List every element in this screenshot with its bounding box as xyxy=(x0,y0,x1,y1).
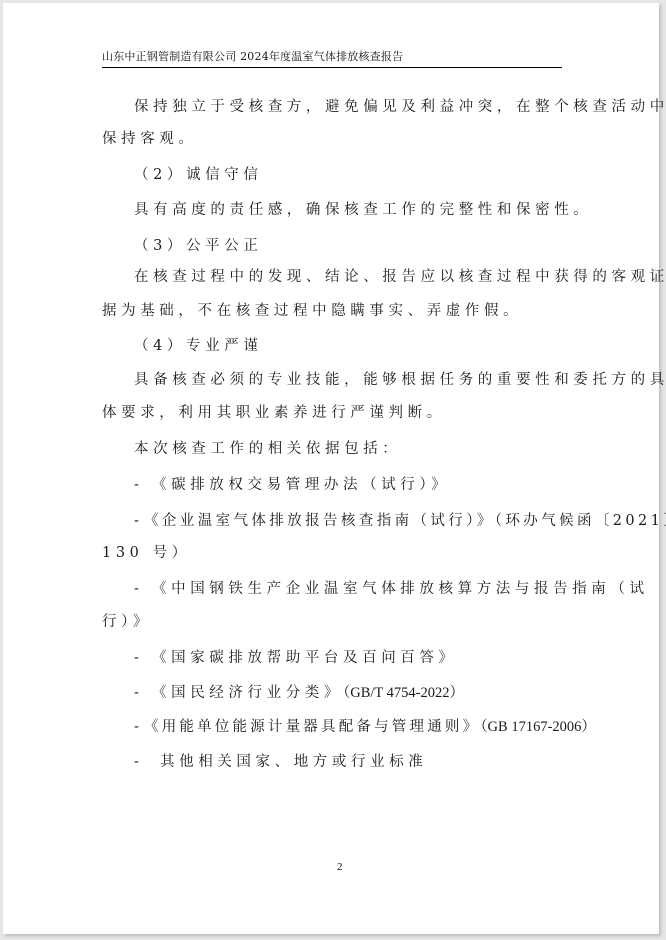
paragraph-professional-line-2: 体要求，利用其职业素养进行严谨判断。 xyxy=(102,403,446,423)
basis-list-item: -《用能单位能源计量器具配备与管理通则》（GB 17167-2006） xyxy=(134,717,596,737)
basis-list-item: -《国家碳排放帮助平台及百问百答》 xyxy=(134,648,458,668)
basis-list-item-continuation: 130 号） xyxy=(102,543,191,563)
basis-list-item: -《中国钢铁生产企业温室气体排放核算方法与报告指南（试 xyxy=(134,579,649,599)
list-dash: - xyxy=(134,511,144,531)
list-item-text: 《国家碳排放帮助平台及百问百答》 xyxy=(152,650,458,666)
document-page: 山东中正钢管制造有限公司 2024年度温室气体排放核查报告 保持独立于受核查方，… xyxy=(3,3,659,934)
list-dash: - xyxy=(134,579,152,599)
basis-list-item: -其他相关国家、地方或行业标准 xyxy=(134,752,427,772)
paragraph-fairness-line-2: 据为基础，不在核查过程中隐瞒事实、弄虚作假。 xyxy=(102,301,522,321)
list-dash: - xyxy=(134,648,152,668)
list-item-text: 《中国钢铁生产企业温室气体排放核算方法与报告指南（试 xyxy=(152,581,649,597)
page-header: 山东中正钢管制造有限公司 2024年度温室气体排放核查报告 xyxy=(102,50,562,68)
paragraph-professional-line-1: 具备核查必须的专业技能，能够根据任务的重要性和委托方的具 xyxy=(134,370,666,390)
paragraph-fairness-line-1: 在核查过程中的发现、结论、报告应以核查过程中获得的客观证 xyxy=(134,267,666,287)
list-dash: - xyxy=(134,683,152,703)
paragraph-objectivity-line-1: 保持独立于受核查方，避免偏见及利益冲突，在整个核查活动中 xyxy=(134,97,666,117)
list-dash: - xyxy=(134,752,160,772)
basis-intro: 本次核查工作的相关依据包括： xyxy=(134,439,401,459)
paragraph-objectivity-line-2: 保持客观。 xyxy=(102,129,198,149)
list-item-text: 《用能单位能源计量器具配备与管理通则》 xyxy=(144,719,480,735)
list-item-text: 其他相关国家、地方或行业标准 xyxy=(160,754,427,770)
basis-list-item: -《碳排放权交易管理办法（试行）》 xyxy=(134,475,450,495)
list-item-text: 《碳排放权交易管理办法（试行）》 xyxy=(152,477,450,493)
list-item-text: 《国民经济行业分类》 xyxy=(152,685,343,701)
standard-code: （GB/T 4754-2022） xyxy=(343,685,464,701)
page-number: 2 xyxy=(337,861,343,873)
heading-professional: （4）专业严谨 xyxy=(134,336,262,356)
basis-list-item: -《国民经济行业分类》（GB/T 4754-2022） xyxy=(134,683,464,703)
list-dash: - xyxy=(134,717,144,737)
list-dash: - xyxy=(134,475,152,495)
list-item-text: 《企业温室气体排放报告核查指南（试行）》（环办气候函〔2021〕 xyxy=(144,513,666,529)
standard-code: （GB 17167-2006） xyxy=(480,719,596,735)
basis-list-item: -《企业温室气体排放报告核查指南（试行）》（环办气候函〔2021〕 xyxy=(134,511,666,531)
heading-fairness: （3）公平公正 xyxy=(134,236,262,256)
paragraph-integrity: 具有高度的责任感，确保核查工作的完整性和保密性。 xyxy=(134,200,592,220)
basis-list-item-continuation: 行）》 xyxy=(102,612,152,632)
heading-integrity: （2）诚信守信 xyxy=(134,165,262,185)
